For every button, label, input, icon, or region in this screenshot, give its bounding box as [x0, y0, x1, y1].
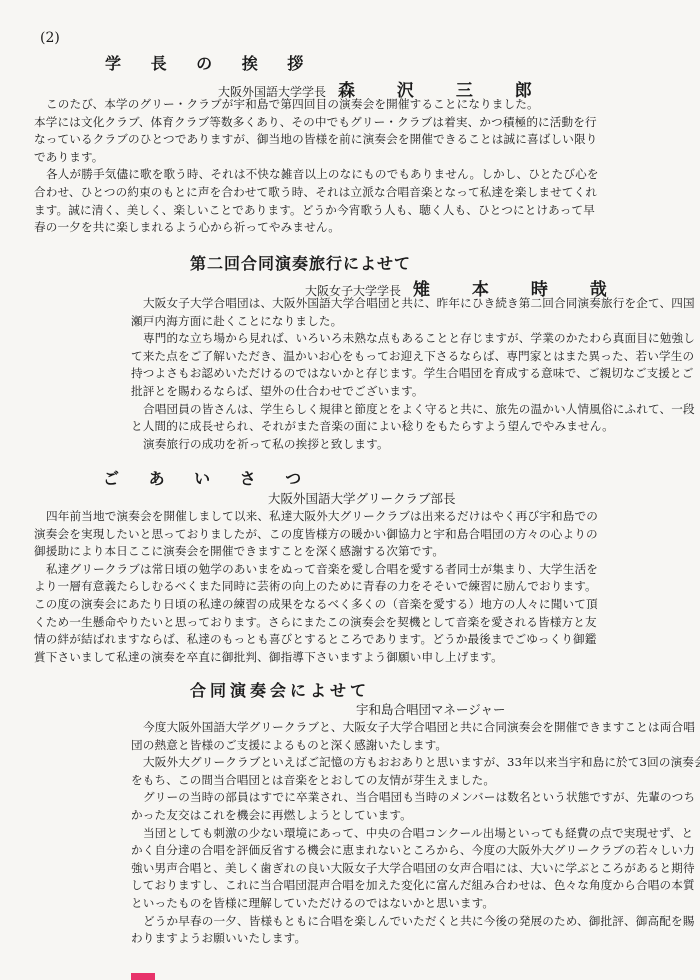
text-line: 強い男声合唱と、美しく歯ぎれの良い大阪女子大学合唱団の女声合唱には、大いに学ぶと…: [131, 860, 700, 878]
text-line: くため一生懸命やりたいと思っております。さらにまたこの演奏会を契機として音楽を愛…: [34, 614, 598, 632]
text-line: 演奏会を実現したいと思っておりましたが、この度皆様方の暖かい御協力と宇和島合唱団…: [34, 526, 598, 544]
text-line: 団の熱意と皆様のご支援によるものと深く感謝いたします。: [131, 737, 700, 755]
text-line: 批評とを賜わるならば、望外の仕合わせでございます。: [131, 383, 695, 401]
text-line: かった友交はこれを機会に再燃しようとしています。: [131, 807, 700, 825]
text-line: 御援助により本日ここに演奏会を開催できますことを深く感謝する次第です。: [34, 543, 598, 561]
text-line: 専門的な立ち場から見れば、いろいろ未熟な点もあることと存じますが、学業のかたわら…: [131, 330, 695, 348]
text-line: このたび、本学のグリー・クラブが宇和島で第四回目の演奏会を開催することになりまし…: [34, 96, 599, 114]
text-line: グリーの当時の部員はすでに卒業され、当合唱団も当時のメンバーは数名という状態です…: [131, 789, 700, 807]
text-line: 合唱団員の皆さんは、学生らしく規律と節度とをよく守ると共に、旅先の温かい人情風俗…: [131, 401, 695, 419]
section-title-joint-concert: 合同演奏会によせて: [190, 678, 370, 701]
text-line: この度の演奏会にあたり日頃の私達の練習の成果をなるべく多くの（音楽を愛する）地方…: [34, 596, 598, 614]
text-line: 大阪女子大学合唱団は、大阪外国語大学合唱団と共に、昨年にひき続き第二回合同演奏旅…: [131, 295, 695, 313]
text-line: て来た点をご了解いただき、温かいお心をもってお迎え下さるならば、専門家とはまた異…: [131, 348, 695, 366]
section-title-glee-club-greeting: ご あ い さ つ: [103, 466, 313, 489]
text-line: 賞下さいまして私達の演奏を卒直に御批判、御指導下さいますよう御願い申し上げます。: [34, 649, 598, 667]
section-body-glee-club-greeting: 四年前当地で演奏会を開催しまして以来、私達大阪外大グリークラブは出来るだけはやく…: [34, 508, 598, 666]
text-line: 四年前当地で演奏会を開催しまして以来、私達大阪外大グリークラブは出来るだけはやく…: [34, 508, 598, 526]
section-body-joint-concert: 今度大阪外国語大学グリークラブと、大阪女子大学合唱団と共に合同演奏会を開催できま…: [131, 719, 700, 948]
author-affiliation: 宇和島合唱団マネージャー: [356, 702, 506, 717]
text-line: より一層有意義たらしむるべくまた同時に芸術の向上のために青春の力をそそいで練習に…: [34, 578, 598, 596]
text-line: 瀬戸内海方面に赴くことになりました。: [131, 313, 695, 331]
author-affiliation: 大阪外国語大学グリークラブ部長: [268, 491, 456, 506]
text-line: ます。誠に清く、美しく、楽しいことであります。どうか今宵歌う人も、聴く人も、ひと…: [34, 202, 599, 220]
text-line: なっているクラブのひとつでありますが、御当地の皆様を前に演奏会を開催できることは…: [34, 131, 599, 149]
text-line: かく自分達の合唱を評価反省する機会に恵まれないところから、今度の大阪外大グリーク…: [131, 842, 700, 860]
text-line: 当団としても刺激の少ない環境にあって、中央の合唱コンクール出場といっても経費の点…: [131, 825, 700, 843]
text-line: 今度大阪外国語大学グリークラブと、大阪女子大学合唱団と共に合同演奏会を開催できま…: [131, 719, 700, 737]
text-line: 本学には文化クラブ、体育クラブ等数多くあり、その中でもグリー・クラブは着実、かつ…: [34, 114, 599, 132]
section-body-president-greeting: このたび、本学のグリー・クラブが宇和島で第四回目の演奏会を開催することになりまし…: [34, 96, 599, 237]
text-line: 各人が勝手気儘に歌を歌う時、それは不快な雑音以上のなにものでもありません。しかし…: [34, 166, 599, 184]
text-line: といったものを皆様に理解していただけるのではないかと思います。: [131, 895, 700, 913]
text-line: と人間的に成長せられ、それがまた音楽の面によい稔りをもたらすよう望んでやみません…: [131, 418, 695, 436]
text-line: しておりますし、これに当合唱団混声合唱を加えた変化に富んだ組み合わせは、色々な角…: [131, 877, 700, 895]
print-color-mark: [131, 973, 155, 980]
text-line: 大阪外大グリークラブといえばご記憶の方もおおありと思いますが、33年以来当宇和島…: [131, 754, 700, 772]
text-line: どうか早春の一夕、皆様もともに合唱を楽しんでいただくと共に今後の発展のため、御批…: [131, 913, 700, 931]
text-line: 私達グリークラブは常日頃の勉学のあいまをぬって音楽を愛し合唱を愛する者同士が集ま…: [34, 561, 598, 579]
document-page: (2) 学 長 の 挨 拶 大阪外国語大学学長森 沢 三 郎 このたび、本学のグ…: [0, 0, 700, 980]
text-line: 春の一夕を共に楽しまれるよう心から祈ってやみません。: [34, 219, 599, 237]
text-line: 合わせ、ひとつの約束のもとに声を合わせて歌う時、それは立派な合唱音楽となって私達…: [34, 184, 599, 202]
text-line: 持つよさもお認めいただけるのではないかと存じます。学生合唱団を育成する意味で、ご…: [131, 365, 695, 383]
section-title-joint-tour: 第二回合同演奏旅行によせて: [190, 251, 411, 274]
text-line: 演奏旅行の成功を祈って私の挨拶と致します。: [131, 436, 695, 454]
text-line: であります。: [34, 149, 599, 167]
byline-uwajima-choir-manager: 宇和島合唱団マネージャー: [356, 700, 506, 718]
section-body-joint-tour: 大阪女子大学合唱団は、大阪外国語大学合唱団と共に、昨年にひき続き第二回合同演奏旅…: [131, 295, 695, 453]
text-line: 情の絆が結ばれますならば、私達のもっとも喜びとするところであります。どうか最後ま…: [34, 631, 598, 649]
byline-glee-club-director: 大阪外国語大学グリークラブ部長: [268, 489, 456, 507]
page-number: (2): [40, 30, 60, 46]
text-line: をもち、この間当合唱団とは音楽をとおしての友情が芽生えました。: [131, 772, 700, 790]
text-line: わりますようお願いいたします。: [131, 930, 700, 948]
section-title-president-greeting: 学 長 の 挨 拶: [105, 51, 315, 74]
